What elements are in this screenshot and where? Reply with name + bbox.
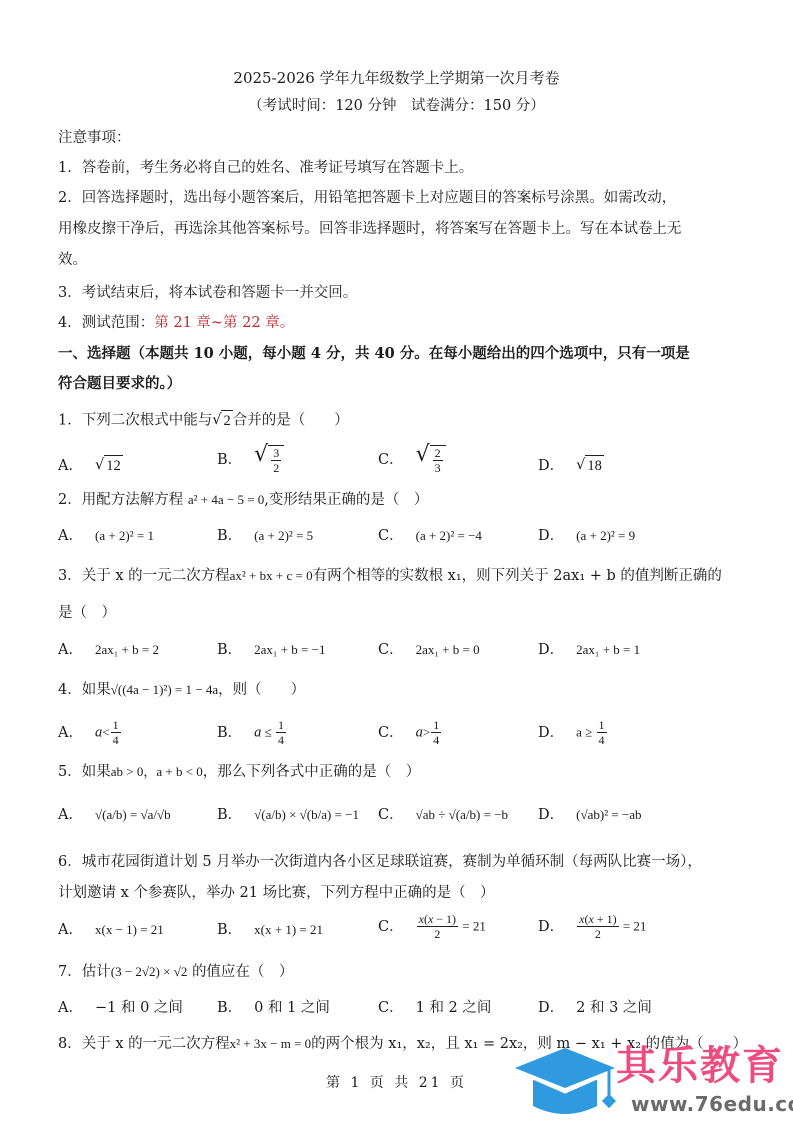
question-5-option-b[interactable]: B．√(a/b) × √(b/a) = −1 (217, 805, 359, 825)
watermark-url: www.76edu.com (631, 1092, 793, 1116)
question-3-option-b[interactable]: B．2ax₁ + b = −1 (217, 640, 325, 660)
question-1-stem: 1．下列二次根式中能与√2合并的是（ ） (58, 410, 349, 431)
question-3-stem: 3．关于 x 的一元二次方程ax² + bx + c = 0有两个相等的实数根 … (58, 566, 722, 586)
question-1-option-c[interactable]: C．√23 (378, 445, 446, 475)
question-3-option-c[interactable]: C．2ax₁ + b = 0 (378, 640, 480, 660)
question-4-stem: 4．如果√((4a − 1)²) = 1 − 4a，则（ ） (58, 680, 305, 700)
question-7-stem: 7．估计(3 − 2√2) × √2 的值应在（ ） (58, 962, 293, 982)
sqrt-2: √2 (212, 410, 233, 431)
question-3-option-d[interactable]: D．2ax₁ + b = 1 (538, 640, 640, 660)
question-2-stem: 2．用配方法解方程 a² + 4a − 5 = 0,变形结果正确的是（ ） (58, 490, 428, 510)
notice-item-2: 2．回答选择题时，选出每小题答案后，用铅笔把答题卡上对应题目的答案标号涂黑。如需… (58, 188, 676, 208)
question-5-stem: 5．如果ab > 0，a + b < 0，那么下列各式中正确的是（ ） (58, 762, 420, 782)
question-7-option-d[interactable]: D．2 和 3 之间 (538, 998, 652, 1018)
question-4-option-c[interactable]: C．a>14 (378, 718, 442, 747)
scope-value: 第 21 章~第 22 章。 (154, 315, 294, 331)
exam-subtitle: （考试时间：120 分钟 试卷满分：150 分） (0, 96, 793, 116)
question-2-option-a[interactable]: A．(a + 2)² = 1 (58, 526, 154, 546)
question-6-option-a[interactable]: A．x(x − 1) = 21 (58, 920, 164, 940)
watermark-brand: 其乐教育 (616, 1042, 784, 1090)
question-4-option-b[interactable]: B．a ≤ 14 (217, 718, 287, 747)
notice-item-2-cont: 用橡皮擦干净后，再选涂其他答案标号。回答非选择题时，将答案写在答题卡上。写在本试… (58, 219, 682, 239)
question-2-option-d[interactable]: D．(a + 2)² = 9 (538, 526, 635, 546)
question-1-option-d[interactable]: D．√18 (538, 455, 604, 476)
question-2-option-b[interactable]: B．(a + 2)² = 5 (217, 526, 313, 546)
watermark: 其乐教育 www.76edu.com (513, 1040, 793, 1122)
question-5-option-a[interactable]: A．√(a/b) = √a/√b (58, 805, 171, 825)
scope-label: 4．测试范围： (58, 315, 154, 331)
graduation-cap-icon (513, 1040, 623, 1122)
question-7-option-c[interactable]: C．1 和 2 之间 (378, 998, 491, 1018)
equation: a² + 4a − 5 = 0 (188, 492, 264, 507)
question-4-option-a[interactable]: A．a<14 (58, 718, 122, 747)
question-4-option-d[interactable]: D．a ≥ 14 (538, 718, 608, 747)
question-6-option-d[interactable]: D．x(x + 1)2 = 21 (538, 912, 646, 941)
question-6-stem: 6．城市花园街道计划 5 月举办一次街道内各小区足球联谊赛，赛制为单循环制（每两… (58, 852, 702, 872)
question-2-option-c[interactable]: C．(a + 2)² = −4 (378, 526, 482, 546)
question-1-option-a[interactable]: A．√12 (58, 455, 123, 476)
question-3-stem-cont: 是（ ） (58, 603, 116, 623)
notice-item-4: 4．测试范围：第 21 章~第 22 章。 (58, 313, 294, 333)
question-5-option-c[interactable]: C．√ab ÷ √(a/b) = −b (378, 805, 508, 825)
exam-title: 2025-2026 学年九年级数学上学期第一次月考卷 (0, 68, 793, 88)
exam-page: 2025-2026 学年九年级数学上学期第一次月考卷 （考试时间：120 分钟 … (0, 0, 793, 1122)
question-5-option-d[interactable]: D．(√ab)² = −ab (538, 805, 642, 825)
notice-heading: 注意事项： (58, 128, 131, 148)
question-7-option-a[interactable]: A．−1 和 0 之间 (58, 998, 183, 1018)
notice-item-1: 1．答卷前，考生务必将自己的姓名、准考证号填写在答题卡上。 (58, 158, 473, 178)
notice-item-3: 3．考试结束后，将本试卷和答题卡一并交回。 (58, 283, 357, 303)
question-1-option-b[interactable]: B．√32 (217, 445, 284, 475)
section-heading-cont: 符合题目要求的。） (58, 374, 181, 394)
section-heading: 一、选择题（本题共 10 小题，每小题 4 分，共 40 分。在每小题给出的四个… (58, 344, 690, 364)
question-6-stem-cont: 计划邀请 x 个参赛队，举办 21 场比赛，下列方程中正确的是（ ） (58, 883, 495, 903)
notice-item-2-end: 效。 (58, 250, 87, 270)
question-6-option-c[interactable]: C．x(x − 1)2 = 21 (378, 912, 486, 941)
question-6-option-b[interactable]: B．x(x + 1) = 21 (217, 920, 323, 940)
question-7-option-b[interactable]: B．0 和 1 之间 (217, 998, 330, 1018)
question-3-option-a[interactable]: A．2ax₁ + b = 2 (58, 640, 159, 660)
